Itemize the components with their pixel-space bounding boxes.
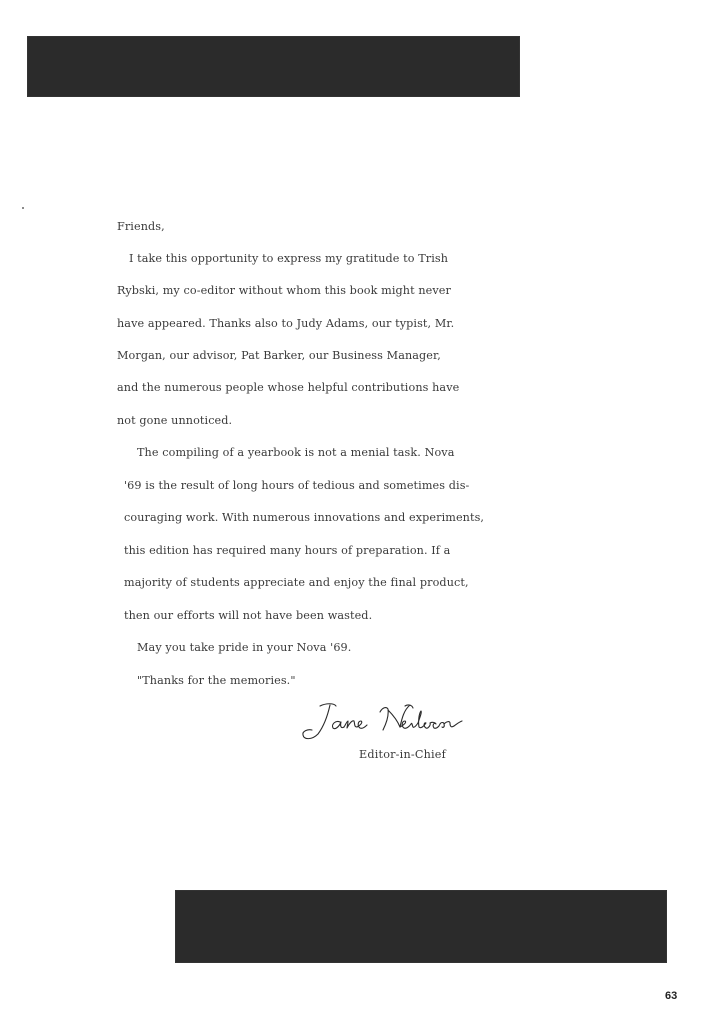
letter-line: Morgan, our advisor, Pat Barker, our Bus… <box>117 349 441 363</box>
letter-line: May you take pride in your Nova '69. <box>137 641 351 655</box>
letter-line: and the numerous people whose helpful co… <box>117 381 459 395</box>
letter-line: I take this opportunity to express my gr… <box>129 252 448 266</box>
salutation: Friends, <box>117 220 165 234</box>
letter-line: then our efforts will not have been wast… <box>124 609 372 623</box>
letter-line: Rybski, my co-editor without whom this b… <box>117 284 451 298</box>
letter-line: majority of students appreciate and enjo… <box>124 576 469 590</box>
letter-line: "Thanks for the memories." <box>137 674 296 688</box>
letter-line: have appeared. Thanks also to Judy Adams… <box>117 317 454 331</box>
signature-title: Editor-in-Chief <box>359 748 446 761</box>
letter-line: couraging work. With numerous innovation… <box>124 511 484 525</box>
page-number: 63 <box>665 990 677 1002</box>
top-decorative-bar <box>27 36 520 97</box>
letter-line: The compiling of a yearbook is not a men… <box>137 446 454 460</box>
signature-icon <box>300 700 465 744</box>
handwritten-signature <box>300 700 465 744</box>
letter-line: this edition has required many hours of … <box>124 544 450 558</box>
scan-speck <box>22 207 24 209</box>
letter-line: '69 is the result of long hours of tedio… <box>124 479 469 493</box>
letter-line: not gone unnoticed. <box>117 414 232 428</box>
bottom-decorative-bar <box>175 890 667 963</box>
